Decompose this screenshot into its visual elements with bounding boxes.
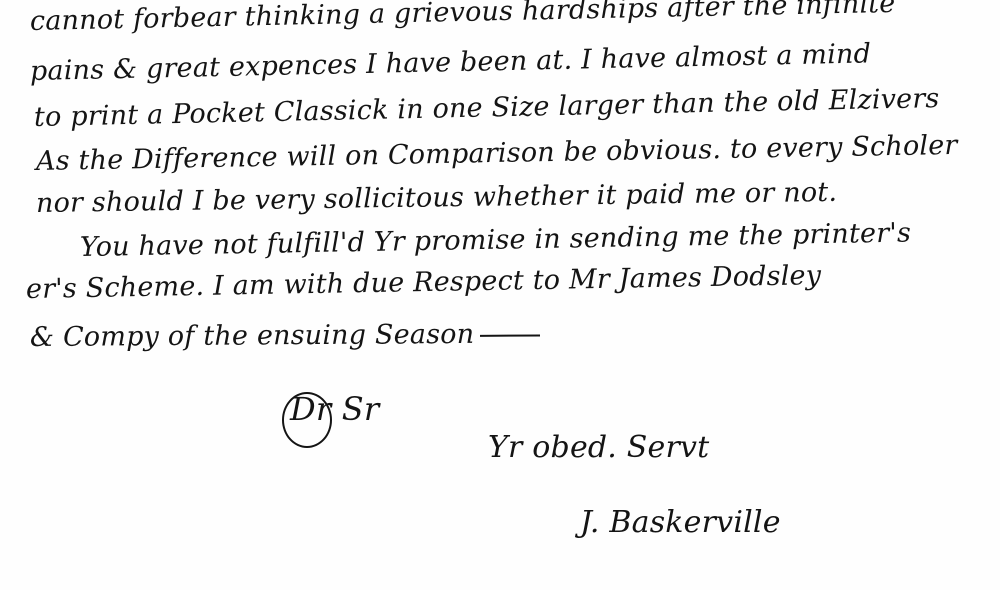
letter-line-3: to print a Pocket Classick in one Size l…: [34, 83, 940, 133]
letter-line-5: nor should I be very sollicitous whether…: [36, 177, 838, 219]
signature: J. Baskerville: [580, 505, 781, 540]
letter-line-8: & Compy of the ensuing Season: [30, 318, 540, 353]
letter-line-6: You have not fulfill'd Yr promise in sen…: [80, 217, 912, 263]
closing-rule: [480, 334, 540, 336]
handwritten-letter-page: cannot forbear thinking a grievous hards…: [0, 0, 1000, 590]
letter-line-1: cannot forbear thinking a grievous hards…: [30, 0, 896, 37]
letter-line-2: pains & great expences I have been at. I…: [30, 38, 872, 87]
closing-phrase: Yr obed. Servt: [488, 430, 709, 465]
salutation-flourish: [282, 392, 332, 448]
letter-line-7: er's Scheme. I am with due Respect to Mr…: [26, 260, 822, 305]
letter-line-4: As the Difference will on Comparison be …: [36, 130, 958, 177]
letter-line-8-text: & Compy of the ensuing Season: [30, 319, 474, 353]
